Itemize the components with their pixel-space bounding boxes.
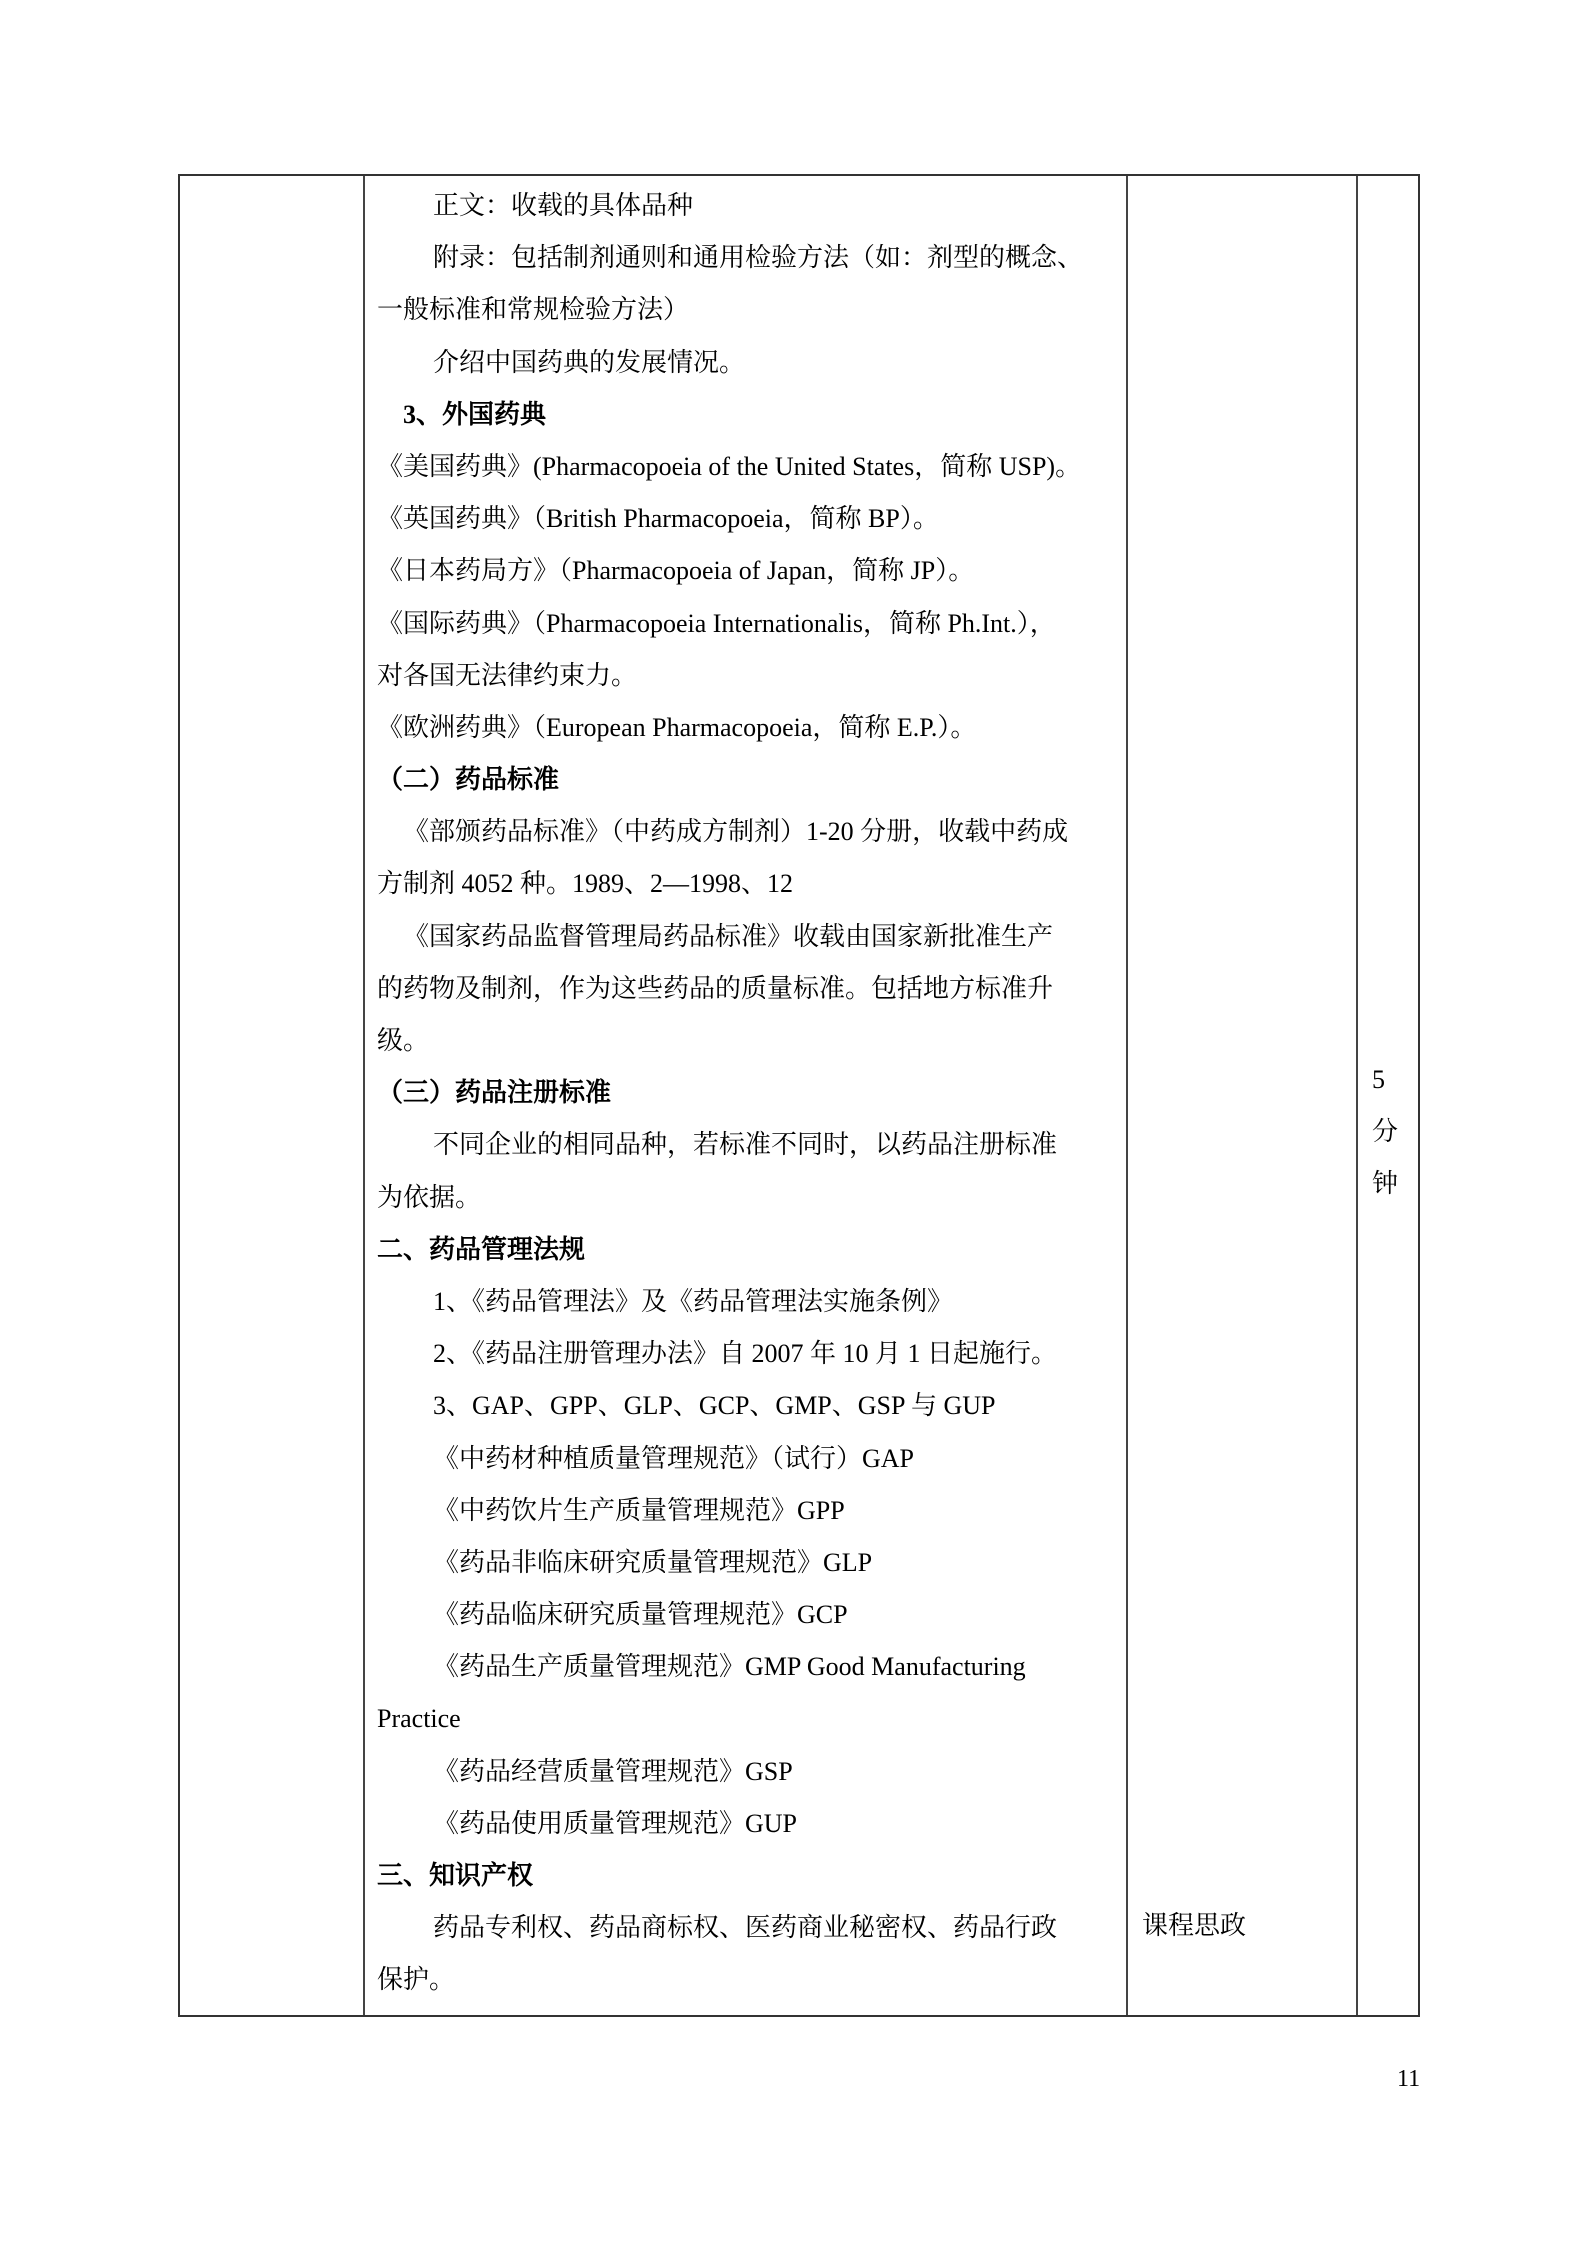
content-line: 二、药品管理法规 bbox=[377, 1224, 1114, 1276]
table-column-content: 正文：收载的具体品种附录：包括制剂通则和通用检验方法（如：剂型的概念、一般标准和… bbox=[365, 176, 1128, 2015]
content-line: 方制剂 4052 种。1989、2—1998、12 bbox=[377, 858, 1114, 910]
content-line: （三）药品注册标准 bbox=[377, 1067, 1114, 1119]
content-line: 《英国药典》（British Pharmacopoeia，简称 BP）。 bbox=[377, 493, 1114, 545]
content-line: 《国家药品监督管理局药品标准》收载由国家新批准生产 bbox=[377, 911, 1114, 963]
content-line: Practice bbox=[377, 1693, 1114, 1745]
table-column-method: 课程思政 bbox=[1128, 176, 1358, 2015]
content-line: 《中药材种植质量管理规范》（试行）GAP bbox=[377, 1433, 1114, 1485]
content-line: 药品专利权、药品商标权、医药商业秘密权、药品行政 bbox=[377, 1902, 1114, 1954]
time-allocation: 5 分 钟 bbox=[1358, 1054, 1418, 1210]
table-column-time: 5 分 钟 bbox=[1358, 176, 1418, 2015]
time-unit-char-1: 分 bbox=[1372, 1106, 1418, 1158]
content-line: 《美国药典》(Pharmacopoeia of the United State… bbox=[377, 441, 1114, 493]
content-line: 保护。 bbox=[377, 1954, 1114, 2006]
content-line: 《欧洲药典》（European Pharmacopoeia，简称 E.P.）。 bbox=[377, 702, 1114, 754]
content-line: 1、《药品管理法》及《药品管理法实施条例》 bbox=[377, 1276, 1114, 1328]
content-line: 《药品生产质量管理规范》GMP Good Manufacturing bbox=[377, 1641, 1114, 1693]
content-line: 《部颁药品标准》（中药成方制剂）1-20 分册，收载中药成 bbox=[377, 806, 1114, 858]
content-line: 级。 bbox=[377, 1015, 1114, 1067]
content-line: 3、GAP、GPP、GLP、GCP、GMP、GSP 与 GUP bbox=[377, 1380, 1114, 1432]
content-line: 2、《药品注册管理办法》自 2007 年 10 月 1 日起施行。 bbox=[377, 1328, 1114, 1380]
content-line: 3、外国药典 bbox=[377, 389, 1114, 441]
content-text-block: 正文：收载的具体品种附录：包括制剂通则和通用检验方法（如：剂型的概念、一般标准和… bbox=[365, 176, 1126, 2007]
method-note: 课程思政 bbox=[1142, 1900, 1246, 1952]
content-line: 《药品经营质量管理规范》GSP bbox=[377, 1746, 1114, 1798]
content-line: 正文：收载的具体品种 bbox=[377, 180, 1114, 232]
content-line: 《药品使用质量管理规范》GUP bbox=[377, 1798, 1114, 1850]
content-line: 《中药饮片生产质量管理规范》GPP bbox=[377, 1485, 1114, 1537]
page-number: 11 bbox=[1397, 2066, 1420, 2093]
content-line: 介绍中国药典的发展情况。 bbox=[377, 337, 1114, 389]
time-unit-char-2: 钟 bbox=[1372, 1158, 1418, 1210]
content-line: 对各国无法律约束力。 bbox=[377, 650, 1114, 702]
content-line: 《药品非临床研究质量管理规范》GLP bbox=[377, 1537, 1114, 1589]
content-line: 不同企业的相同品种，若标准不同时，以药品注册标准 bbox=[377, 1119, 1114, 1171]
content-line: 附录：包括制剂通则和通用检验方法（如：剂型的概念、 bbox=[377, 232, 1114, 284]
table-column-stage bbox=[180, 176, 365, 2015]
content-line: 《日本药局方》（Pharmacopoeia of Japan，简称 JP）。 bbox=[377, 545, 1114, 597]
content-line: 为依据。 bbox=[377, 1172, 1114, 1224]
content-line: （二）药品标准 bbox=[377, 754, 1114, 806]
content-line: 的药物及制剂，作为这些药品的质量标准。包括地方标准升 bbox=[377, 963, 1114, 1015]
content-line: 《国际药典》（Pharmacopoeia Internationalis，简称 … bbox=[377, 598, 1114, 650]
lesson-plan-table: 正文：收载的具体品种附录：包括制剂通则和通用检验方法（如：剂型的概念、一般标准和… bbox=[178, 174, 1420, 2017]
time-value: 5 bbox=[1372, 1054, 1418, 1106]
content-line: 《药品临床研究质量管理规范》GCP bbox=[377, 1589, 1114, 1641]
content-line: 一般标准和常规检验方法） bbox=[377, 284, 1114, 336]
content-line: 三、知识产权 bbox=[377, 1850, 1114, 1902]
